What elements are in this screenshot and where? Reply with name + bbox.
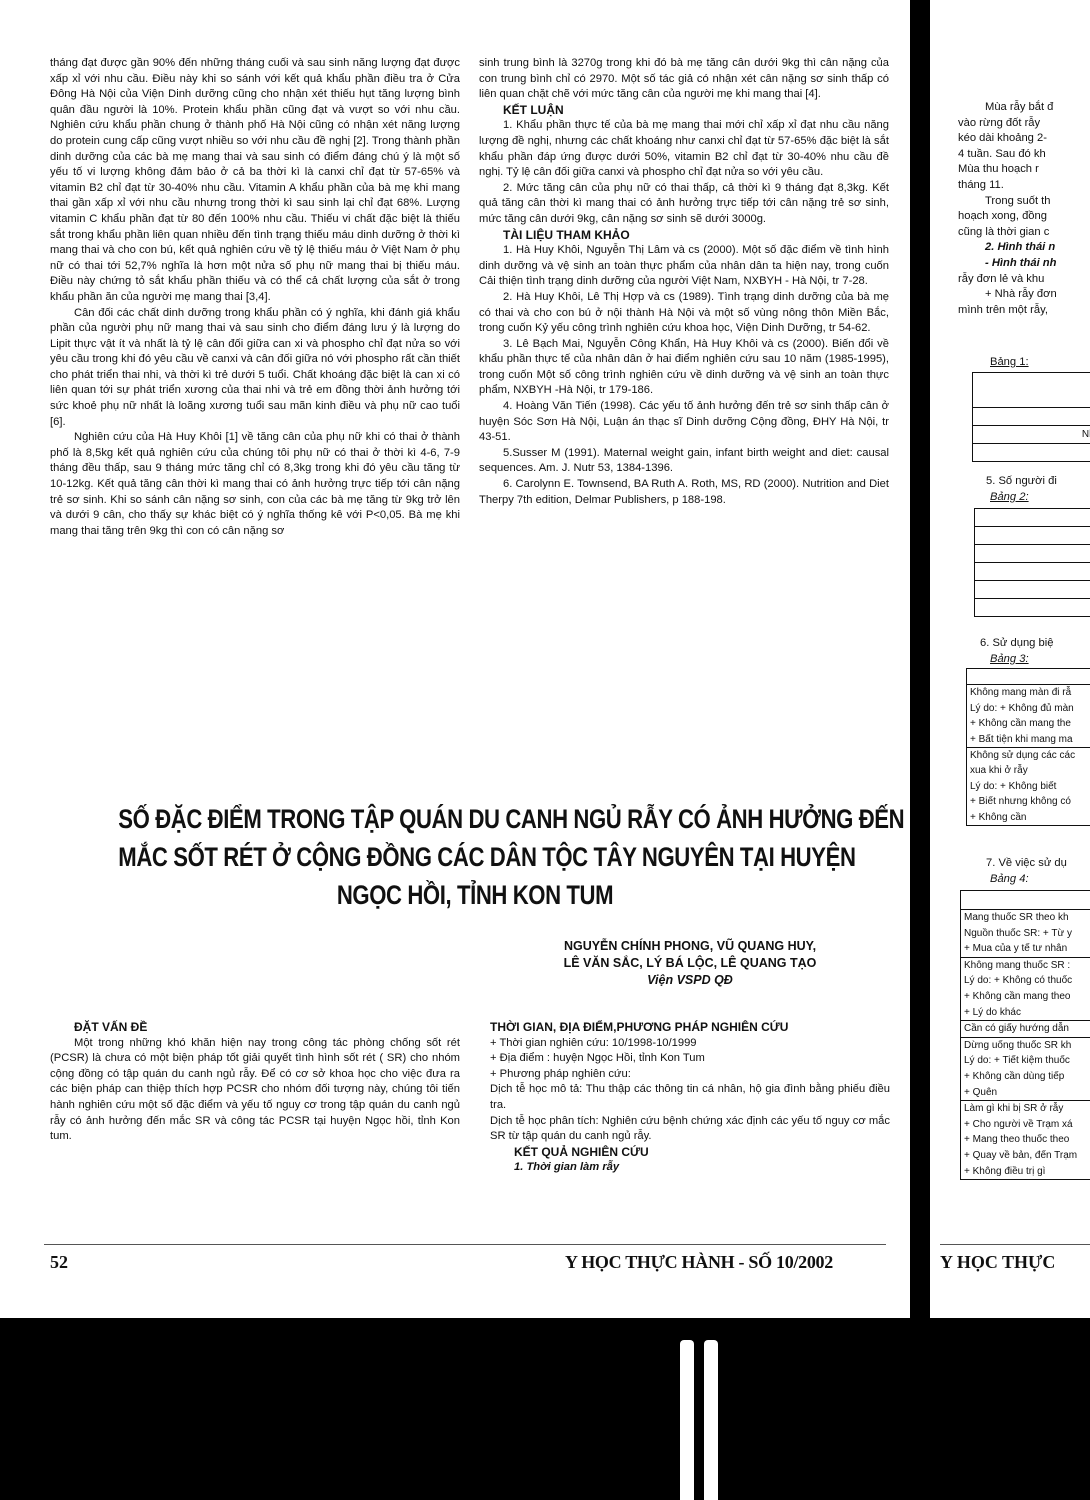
intro-text: Một trong những khó khăn hiện nay trong … bbox=[50, 1036, 460, 1145]
table-1: Hình th Nhà rẫy Nhà rẫy tậ Tổng bbox=[972, 372, 1090, 462]
intro-section: ĐẶT VẤN ĐỀ Một trong những khó khăn hiện… bbox=[50, 1020, 460, 1145]
table-cell: + Bất tiện khi mang ma bbox=[967, 732, 1090, 748]
authors-line: LÊ VĂN SẮC, LÝ BÁ LỘC, LÊ QUANG TẠO bbox=[510, 955, 870, 972]
table-4: Mang thuốc SR theo kh Nguồn thuốc SR: + … bbox=[960, 890, 1090, 1180]
reference-item: 1. Hà Huy Khôi, Nguyễn Thị Lâm và cs (20… bbox=[479, 243, 889, 290]
table-cell: Lý do: + Tiết kiệm thuốc bbox=[961, 1053, 1090, 1069]
intro-heading: ĐẶT VẤN ĐỀ bbox=[50, 1020, 460, 1036]
binding-mark bbox=[704, 1340, 718, 1500]
reference-item: 2. Hà Huy Khôi, Lê Thị Hợp và cs (1989).… bbox=[479, 290, 889, 337]
reference-item: 3. Lê Bạch Mai, Nguyễn Công Khẩn, Hà Huy… bbox=[479, 337, 889, 399]
table-cell: + Mua của y tế tư nhân bbox=[961, 941, 1090, 958]
table-2: - Có ma Số bbox=[974, 508, 1090, 617]
section-7-heading: 7. Về việc sử dụ bbox=[986, 856, 1067, 872]
table-cell: + Biết nhưng không có bbox=[967, 794, 1090, 809]
section-6-heading: 6. Sử dụng biệ bbox=[980, 636, 1053, 652]
text-line: - Hình thái nh bbox=[958, 256, 1057, 272]
text-line: + Nhà rẫy đơn bbox=[958, 287, 1057, 303]
footer-divider bbox=[940, 1244, 1090, 1245]
methods-desc: Dịch tễ học phân tích: Nghiên cứu bệnh c… bbox=[490, 1114, 890, 1145]
section-5-heading: 5. Số người đi bbox=[986, 474, 1057, 490]
text-line: tháng 11. bbox=[958, 178, 1057, 194]
table-cell: xua khi ở rẫy bbox=[967, 763, 1090, 778]
journal-footer: Y HỌC THỰC bbox=[940, 1252, 1055, 1273]
table-cell: + Không cần mang theo bbox=[961, 989, 1090, 1005]
text-line: mình trên một rẫy, bbox=[958, 303, 1057, 319]
table-cell: Làm gì khi bị SR ở rẫy bbox=[961, 1101, 1090, 1117]
text-line: hoạch xong, đồng bbox=[958, 209, 1057, 225]
title-line: SỐ ĐẶC ĐIỂM TRONG TẬP QUÁN DU CANH NGỦ R… bbox=[118, 800, 831, 838]
text-line: kéo dài khoảng 2- bbox=[958, 131, 1057, 147]
authors-line: NGUYỄN CHÍNH PHONG, VŨ QUANG HUY, bbox=[510, 938, 870, 955]
paragraph: tháng đạt được gần 90% đến những tháng c… bbox=[50, 56, 460, 306]
right-column-text: sinh trung bình là 3270g trong khi đó bà… bbox=[479, 56, 889, 508]
table-cell: + Quay về bản, đến Trạm bbox=[961, 1148, 1090, 1164]
table-cell: Nhà rẫy tậ bbox=[973, 426, 1090, 444]
table3-label: Bảng 3: bbox=[990, 652, 1029, 668]
paragraph: Cân đối các chất dinh dưỡng trong khẩu p… bbox=[50, 306, 460, 431]
table-cell: + Quên bbox=[961, 1085, 1090, 1102]
table-cell: Cần có giấy hướng dẫn bbox=[961, 1021, 1090, 1038]
results-subheading: 1. Thời gian làm rẫy bbox=[490, 1160, 890, 1176]
table-cell: + Không cần mang the bbox=[967, 716, 1090, 731]
text-line: 4 tuần. Sau đó kh bbox=[958, 147, 1057, 163]
table-cell: Không sử dụng các các bbox=[967, 748, 1090, 763]
table4-label: Bảng 4: bbox=[990, 872, 1029, 888]
reference-item: 6. Carolynn E. Townsend, BA Ruth A. Roth… bbox=[479, 477, 889, 508]
table-cell: Mang thuốc SR theo kh bbox=[961, 910, 1090, 926]
table-3: Biệ Không mang màn đi rẫ Lý do: + Không … bbox=[966, 668, 1090, 826]
paragraph: sinh trung bình là 3270g trong khi đó bà… bbox=[479, 56, 889, 103]
paragraph: Nghiên cứu của Hà Huy Khôi [1] về tăng c… bbox=[50, 430, 460, 539]
table-cell bbox=[975, 509, 1090, 527]
text-line: 2. Hình thái n bbox=[958, 240, 1057, 256]
journal-page-right-partial: Mùa rẫy bắt đ vào rừng đốt rẫy kéo dài k… bbox=[930, 0, 1090, 1318]
text-line: rẫy đơn lẻ và khu bbox=[958, 272, 1057, 288]
text-line: vào rừng đốt rẫy bbox=[958, 116, 1057, 132]
table-cell: Tổng bbox=[973, 444, 1090, 462]
article-title: SỐ ĐẶC ĐIỂM TRONG TẬP QUÁN DU CANH NGỦ R… bbox=[118, 800, 831, 914]
title-line: NGỌC HỒI, TỈNH KON TUM bbox=[118, 876, 831, 914]
table-cell: + Không cần dùng tiếp bbox=[961, 1069, 1090, 1085]
authors-block: NGUYỄN CHÍNH PHONG, VŨ QUANG HUY, LÊ VĂN… bbox=[510, 938, 870, 989]
table-cell: + Không cần bbox=[967, 810, 1090, 825]
table-cell bbox=[975, 545, 1090, 563]
methods-desc: Dịch tễ học mô tả: Thu thập các thông ti… bbox=[490, 1082, 890, 1113]
methods-section: THỜI GIAN, ĐỊA ĐIỂM,PHƯƠNG PHÁP NGHIÊN C… bbox=[490, 1020, 890, 1176]
table-header: Biệ bbox=[967, 669, 1090, 685]
journal-page-52: tháng đạt được gần 90% đến những tháng c… bbox=[0, 0, 916, 1318]
methods-heading: THỜI GIAN, ĐỊA ĐIỂM,PHƯƠNG PHÁP NGHIÊN C… bbox=[490, 1020, 890, 1036]
table-cell: Lý do: + Không có thuốc bbox=[961, 973, 1090, 989]
table-cell: + Cho người về Trạm xá bbox=[961, 1117, 1090, 1133]
footer-divider bbox=[44, 1244, 886, 1245]
table1-label: Bảng 1: bbox=[990, 355, 1029, 371]
table-cell: - Có ma bbox=[975, 581, 1090, 599]
methods-item: + Phương pháp nghiên cứu: bbox=[490, 1067, 890, 1083]
left-column-text: tháng đạt được gần 90% đến những tháng c… bbox=[50, 56, 460, 539]
references-heading: TÀI LIỆU THAM KHẢO bbox=[479, 228, 889, 244]
conclusion-item: 2. Mức tăng cân của phụ nữ có thai thấp,… bbox=[479, 181, 889, 228]
table-cell bbox=[975, 527, 1090, 545]
table-cell: Dừng uống thuốc SR kh bbox=[961, 1038, 1090, 1054]
page-number: 52 bbox=[50, 1252, 68, 1273]
table-cell: + Lý do khác bbox=[961, 1005, 1090, 1022]
reference-item: 4. Hoàng Văn Tiến (1998). Các yếu tố ảnh… bbox=[479, 399, 889, 446]
text-line: cũng là thời gian c bbox=[958, 225, 1057, 241]
text-line: Mùa thu hoạch r bbox=[958, 162, 1057, 178]
table-cell: Không mang thuốc SR : bbox=[961, 958, 1090, 974]
table-header bbox=[961, 891, 1090, 910]
reference-item: 5.Susser M (1991). Maternal weight gain,… bbox=[479, 446, 889, 477]
table-cell bbox=[975, 563, 1090, 581]
methods-item: + Thời gian nghiên cứu: 10/1998-10/1999 bbox=[490, 1036, 890, 1052]
binding-mark bbox=[680, 1340, 694, 1500]
table-cell: Không mang màn đi rẫ bbox=[967, 685, 1090, 700]
affiliation: Viện VSPD QĐ bbox=[510, 972, 870, 989]
table-cell: Lý do: + Không biết bbox=[967, 779, 1090, 794]
right-page-text: Mùa rẫy bắt đ vào rừng đốt rẫy kéo dài k… bbox=[958, 100, 1057, 318]
table-cell: Nguồn thuốc SR: + Từ y bbox=[961, 926, 1090, 942]
table-cell: Nhà rẫy bbox=[973, 408, 1090, 426]
text-line: Trong suốt th bbox=[958, 194, 1057, 210]
results-heading: KẾT QUẢ NGHIÊN CỨU bbox=[490, 1145, 890, 1161]
text-line: Mùa rẫy bắt đ bbox=[958, 100, 1057, 116]
table-cell: + Mang theo thuốc theo bbox=[961, 1132, 1090, 1148]
table-cell: Số bbox=[975, 599, 1090, 617]
table-cell: Hình th bbox=[973, 373, 1090, 408]
journal-footer: Y HỌC THỰC HÀNH - SỐ 10/2002 bbox=[565, 1252, 833, 1273]
table-cell: + Không điều trị gì bbox=[961, 1164, 1090, 1180]
title-line: MẮC SỐT RÉT Ở CỘNG ĐỒNG CÁC DÂN TỘC TÂY … bbox=[118, 838, 831, 876]
table2-label: Bảng 2: bbox=[990, 490, 1029, 506]
conclusion-item: 1. Khẩu phần thực tế của bà mẹ mang thai… bbox=[479, 118, 889, 180]
conclusion-heading: KẾT LUẬN bbox=[479, 103, 889, 119]
table-cell: Lý do: + Không đủ màn bbox=[967, 701, 1090, 716]
methods-item: + Địa điểm : huyện Ngọc Hồi, tỉnh Kon Tu… bbox=[490, 1051, 890, 1067]
